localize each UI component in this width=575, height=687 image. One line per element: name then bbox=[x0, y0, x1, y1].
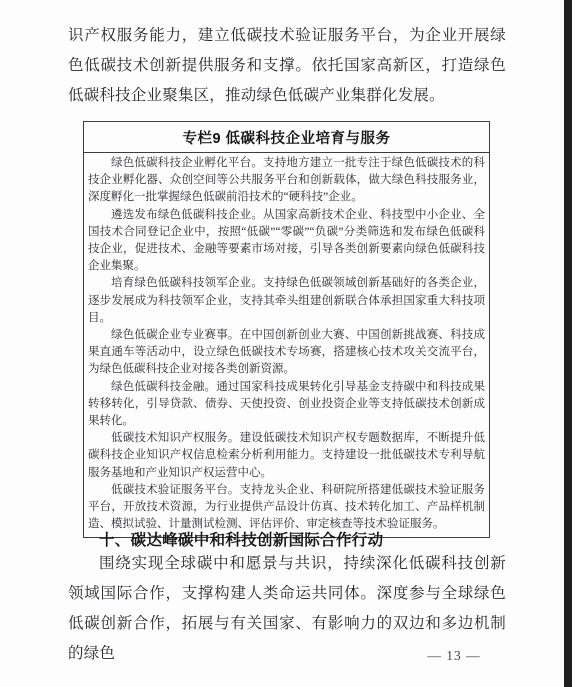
box-paragraph-verification-platform: 低碳技术验证服务平台。支持龙头企业、科研院所搭建低碳技术验证服务平台，开放技术资… bbox=[88, 482, 485, 534]
column-9-box: 专栏9 低碳科技企业培育与服务 绿色低碳科技企业孵化平台。支持地方建立一批专注于… bbox=[83, 121, 490, 538]
section-heading-10: 十、碳达峰碳中和科技创新国际合作行动 bbox=[99, 528, 383, 550]
page-number: — 13 — bbox=[424, 648, 484, 664]
box-paragraph-competitions: 绿色低碳企业专业赛事。在中国创新创业大赛、中国创新挑战赛、科技成果直通车等活动中… bbox=[88, 327, 485, 379]
box-paragraph-incubation: 绿色低碳科技企业孵化平台。支持地方建立一批专注于绿色低碳技术的科技企业孵化器、众… bbox=[88, 155, 485, 207]
intro-paragraph: 识产权服务能力，建立低碳技术验证服务平台，为企业开展绿色低碳技术创新提供服务和支… bbox=[68, 21, 506, 111]
box-paragraph-finance: 绿色低碳科技金融。通过国家科技成果转化引导基金支持碳中和科技成果转移转化，引导贷… bbox=[88, 379, 485, 431]
document-page: 识产权服务能力，建立低碳技术验证服务平台，为企业开展绿色低碳技术创新提供服务和支… bbox=[0, 0, 575, 687]
column-box-body: 绿色低碳科技企业孵化平台。支持地方建立一批专注于绿色低碳技术的科技企业孵化器、众… bbox=[84, 153, 489, 537]
scan-edge-shadow bbox=[564, 0, 572, 687]
box-paragraph-ip-service: 低碳技术知识产权服务。建设低碳技术知识产权专题数据库，不断提升低碳科技企业知识产… bbox=[88, 430, 485, 482]
box-paragraph-leading-enterprises: 培育绿色低碳科技领军企业。支持绿色低碳领域创新基础好的各类企业，逐步发展成为科技… bbox=[88, 275, 485, 327]
box-paragraph-selection: 遴选发布绿色低碳科技企业。从国家高新技术企业、科技型中小企业、全国技术合同登记企… bbox=[88, 207, 485, 276]
column-box-title: 专栏9 低碳科技企业培育与服务 bbox=[84, 122, 489, 153]
